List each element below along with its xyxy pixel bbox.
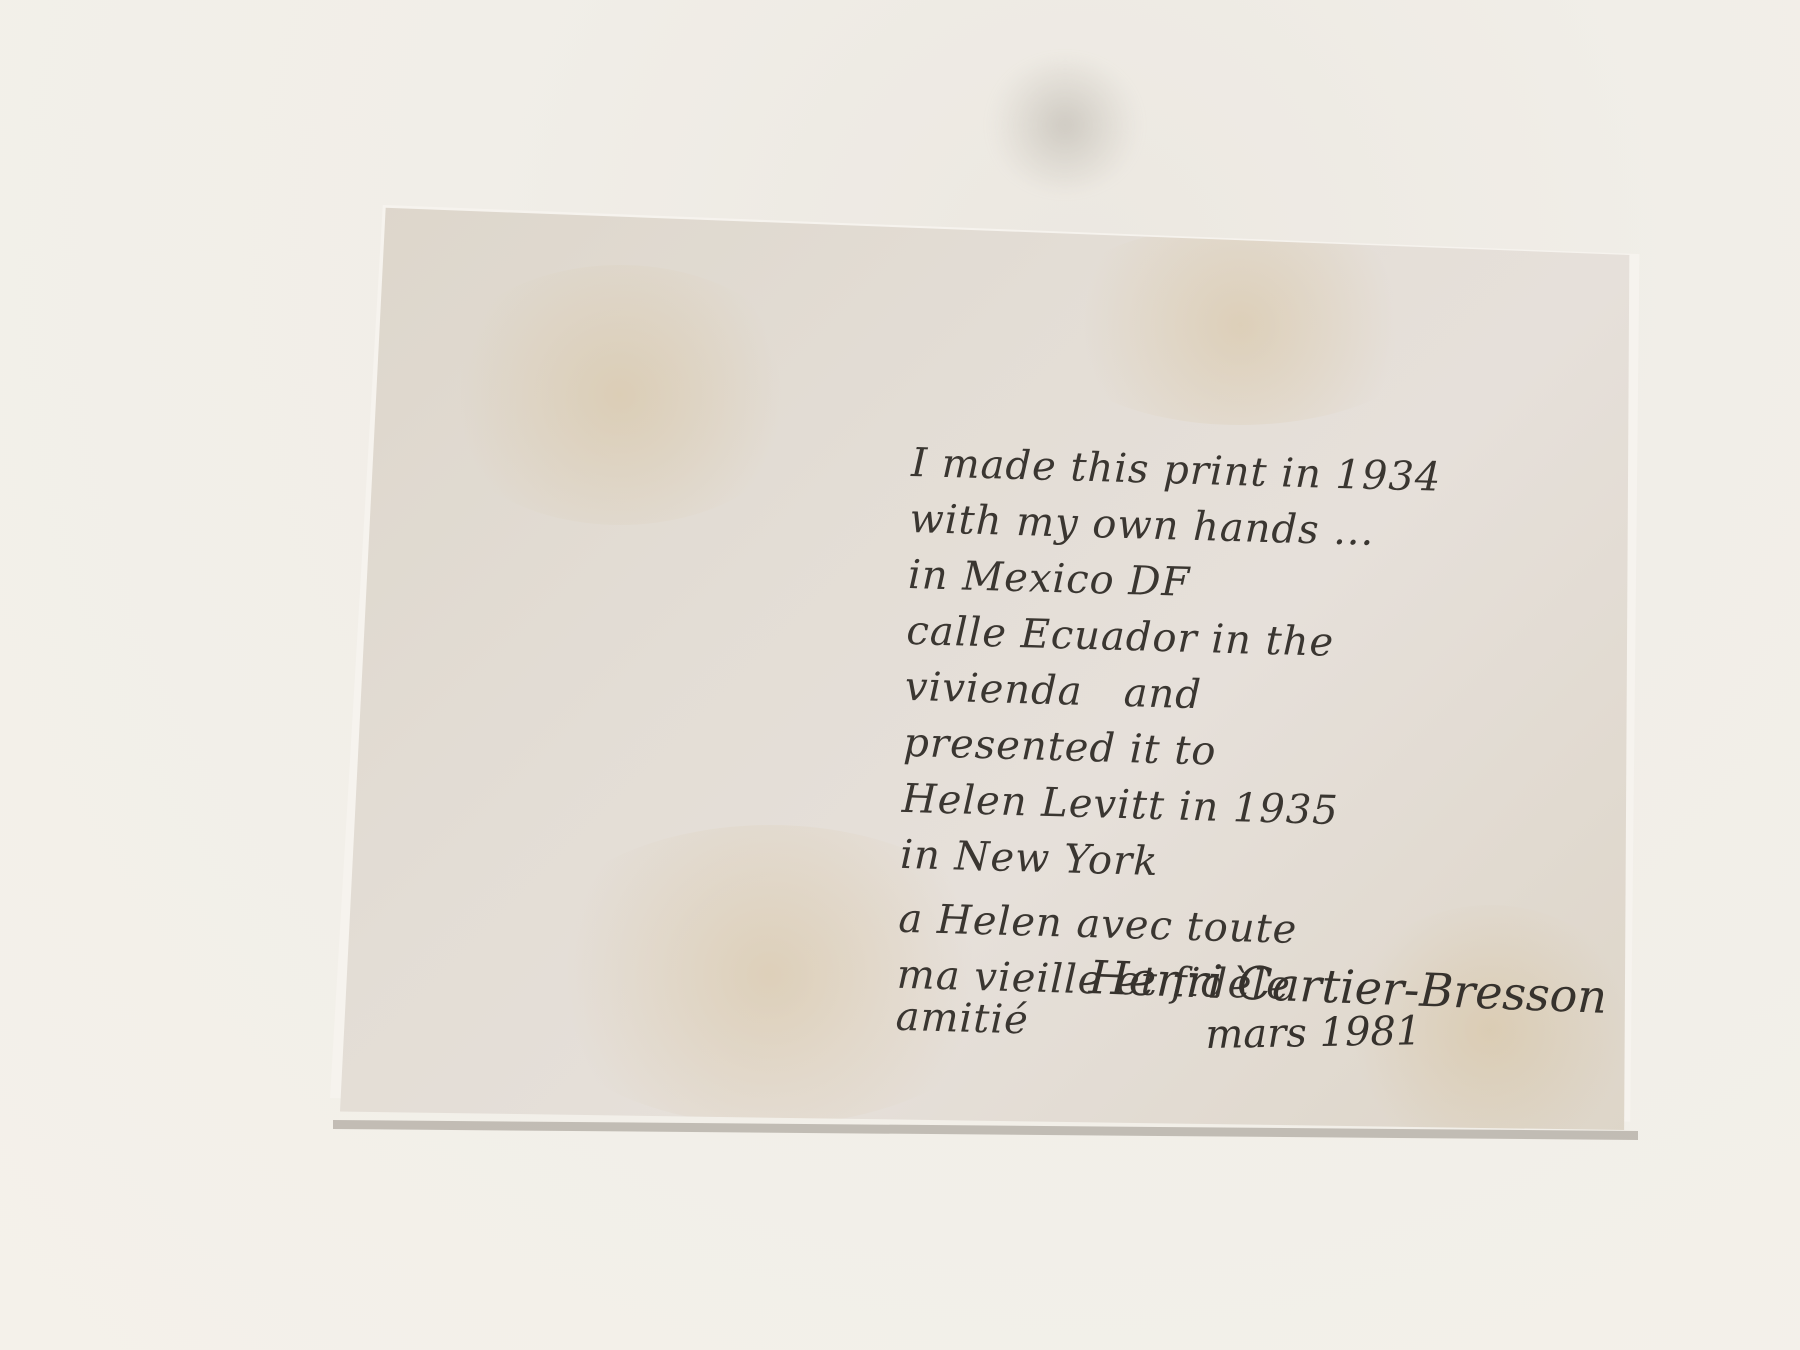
paper-stain	[430, 265, 810, 525]
wall-shadow-smudge	[990, 60, 1140, 190]
paper-stain	[1040, 225, 1440, 425]
inscription-date: mars 1981	[1205, 1008, 1422, 1058]
